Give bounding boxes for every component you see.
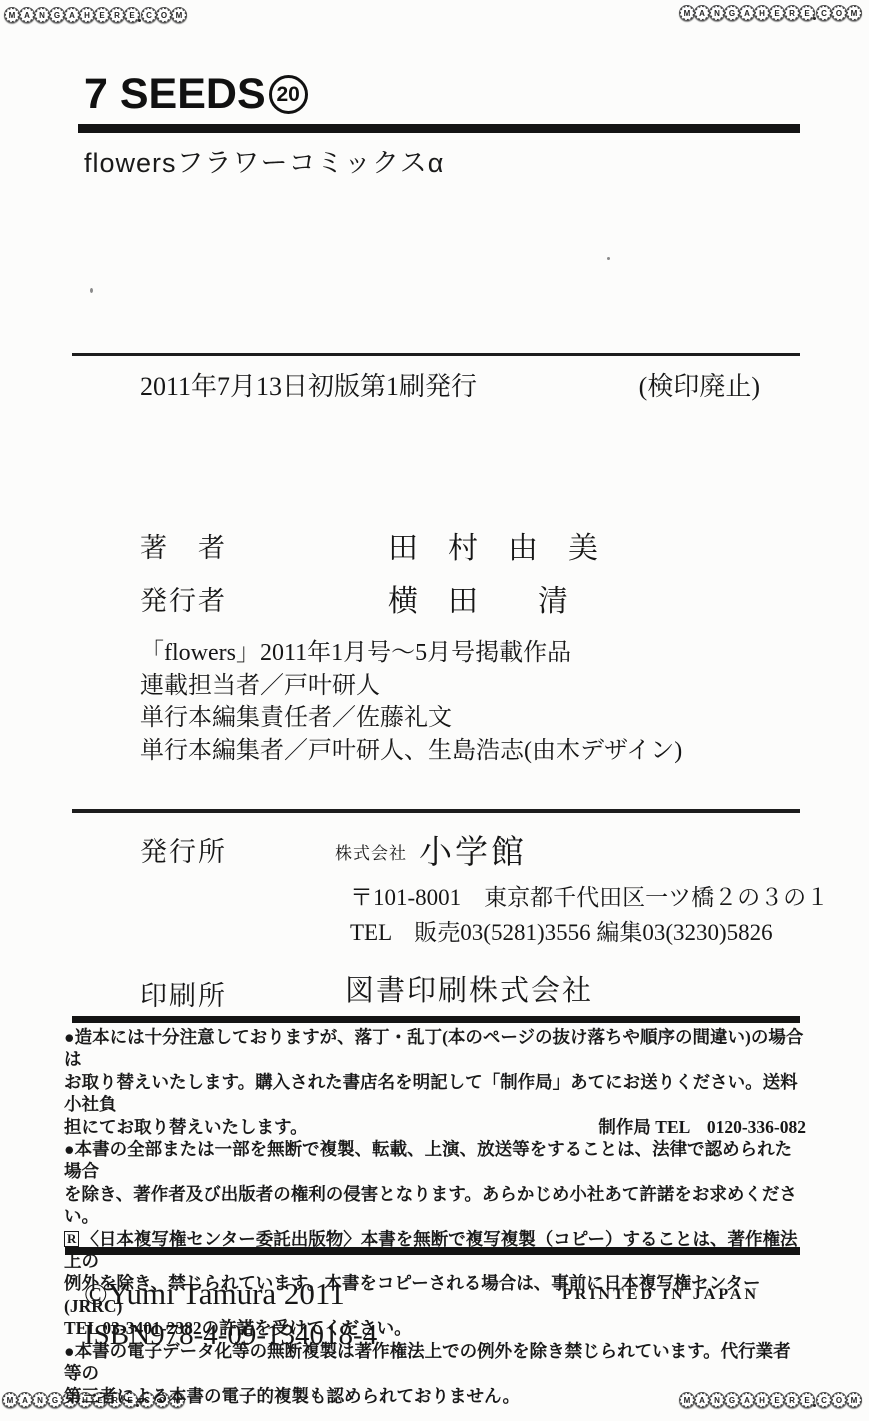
- watermark-letter: M: [4, 7, 20, 23]
- copyright-line: ©Yumi Tamura 2011: [84, 1276, 345, 1312]
- printed-in-japan: PRINTED IN JAPAN: [562, 1286, 759, 1304]
- watermark-letter: R: [109, 7, 125, 23]
- edition-row: 2011年7月13日初版第1刷発行 (検印廃止): [140, 366, 760, 403]
- notice-box-bottom-rule: [65, 1247, 800, 1255]
- notice-line: 担にてお取り替えいたします。 制作局 TEL 0120-336-082: [64, 1116, 806, 1138]
- notice-box-top-rule: [72, 1016, 800, 1023]
- volume-number-badge: 20: [269, 75, 308, 114]
- watermark-letter: A: [19, 7, 35, 23]
- serialization-line: 連載担当者／戸叶研人: [140, 670, 682, 703]
- watermark-dot: [813, 17, 816, 20]
- watermark-letter: E: [769, 5, 785, 21]
- publishing-company: 株式会社 小学館: [335, 826, 527, 873]
- publisher-address: 〒101-8001 東京都千代田区一ツ橋２の３の１: [350, 879, 829, 912]
- watermark-letter: A: [17, 1392, 33, 1408]
- publisher-person-label: 発行者: [140, 579, 227, 618]
- publisher-person-name: 横 田 清: [388, 576, 568, 620]
- edition-date: 2011年7月13日初版第1刷発行: [140, 366, 477, 403]
- watermark-letter: M: [679, 5, 695, 21]
- edition-divider-rule: [72, 353, 800, 356]
- watermark-letter: O: [831, 1392, 847, 1408]
- watermark-letter: M: [171, 7, 187, 23]
- serialization-line: 単行本編集者／戸叶研人、生島浩志(由木デザイン): [140, 735, 682, 768]
- watermark-mangahere-top-left: MANGAHERECOM: [4, 7, 186, 23]
- jrrc-r-mark: R: [64, 1231, 79, 1247]
- author-name: 田 村 由 美: [388, 523, 598, 567]
- company-name: 小学館: [419, 826, 527, 873]
- publishing-house-label: 発行所: [140, 830, 227, 869]
- watermark-letter: M: [846, 5, 862, 21]
- notice-line: お取り替えいたします。購入された書店名を明記して「制作局」あてにお送りください。…: [64, 1071, 806, 1116]
- book-title: 7 SEEDS20: [84, 70, 308, 119]
- watermark-letter: O: [831, 5, 847, 21]
- printer-label: 印刷所: [140, 974, 227, 1013]
- author-label: 著 者: [140, 526, 227, 565]
- notice-line: ●造本には十分注意しておりますが、落丁・乱丁(本のページの抜け落ちや順序の間違い…: [64, 1026, 806, 1071]
- seal-abolition-note: (検印廃止): [639, 366, 760, 403]
- watermark-letter: N: [32, 1392, 48, 1408]
- watermark-letter: N: [709, 5, 725, 21]
- company-prefix: 株式会社: [335, 839, 407, 864]
- printer-name: 図書印刷株式会社: [345, 968, 593, 1009]
- watermark-letter: M: [846, 1392, 862, 1408]
- serialization-block: 「flowers」2011年1月号～5月号掲載作品 連載担当者／戸叶研人 単行本…: [140, 637, 682, 767]
- watermark-mangahere-top-right: MANGAHERECOM: [679, 5, 861, 21]
- scan-speck: [607, 257, 610, 260]
- watermark-letter: M: [2, 1392, 18, 1408]
- watermark-letter: A: [694, 5, 710, 21]
- watermark-letter: A: [739, 5, 755, 21]
- watermark-letter: N: [34, 7, 50, 23]
- watermark-letter: R: [784, 5, 800, 21]
- watermark-letter: C: [816, 1392, 832, 1408]
- watermark-letter: A: [64, 7, 80, 23]
- watermark-letter: E: [94, 7, 110, 23]
- watermark-dot: [138, 19, 141, 22]
- scan-speck: [90, 288, 93, 293]
- watermark-letter: H: [754, 5, 770, 21]
- production-bureau-phone: 制作局 TEL 0120-336-082: [598, 1116, 806, 1138]
- notice-line-left: 担にてお取り替えいたします。: [64, 1116, 308, 1138]
- watermark-letter: C: [141, 7, 157, 23]
- watermark-letter: H: [79, 7, 95, 23]
- imprint-line: flowersフラワーコミックスα: [84, 141, 444, 180]
- colophon-page: MANGAHERECOM MANGAHERECOM MANGAHERECOM M…: [0, 0, 869, 1421]
- watermark-dot: [813, 1404, 816, 1407]
- publisher-phone: TEL 販売03(5281)3556 編集03(3230)5826: [350, 914, 773, 947]
- serialization-line: 単行本編集責任者／佐藤礼文: [140, 702, 682, 735]
- watermark-letter: O: [156, 7, 172, 23]
- notice-line: ●本書の全部または一部を無断で複製、転載、上演、放送等をすることは、法律で認めら…: [64, 1138, 806, 1183]
- notice-line: 第三者による本書の電子的複製も認められておりません。: [64, 1385, 806, 1407]
- watermark-letter: G: [724, 5, 740, 21]
- watermark-letter: G: [49, 7, 65, 23]
- notice-line: を除き、著作者及び出版者の権利の侵害となります。あらかじめ小社あて許諾をお求めく…: [64, 1183, 806, 1228]
- watermark-letter: G: [47, 1392, 63, 1408]
- isbn-line: ISBN978-4-09-134018-4: [84, 1319, 377, 1352]
- watermark-letter: C: [816, 5, 832, 21]
- serialization-line: 「flowers」2011年1月号～5月号掲載作品: [140, 637, 682, 670]
- title-underline-rule: [78, 124, 800, 133]
- publisher-divider-rule: [72, 809, 800, 813]
- book-title-text: 7 SEEDS: [84, 70, 266, 119]
